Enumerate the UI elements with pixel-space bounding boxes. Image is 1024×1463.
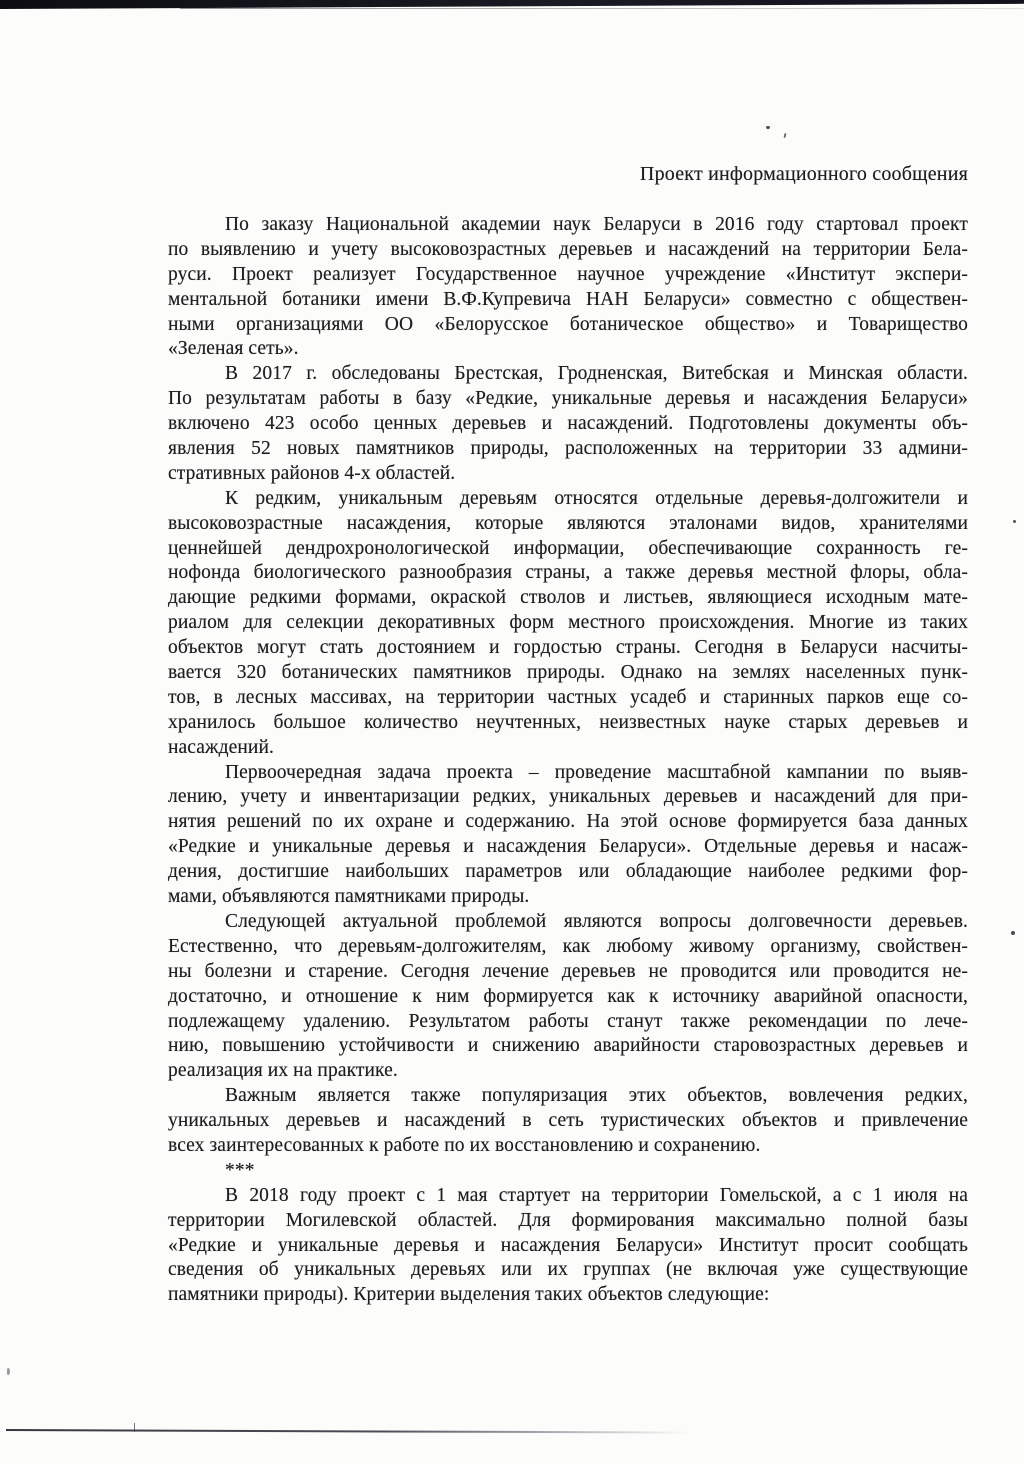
text-line: вается 320 ботанических памятников приро… xyxy=(168,661,968,686)
paragraph-tree-longevity-problem: Следующей актуальной проблемой являются … xyxy=(168,910,968,1084)
toner-speck xyxy=(783,133,786,138)
text-line: ментальной ботаники имени В.Ф.Купревича … xyxy=(168,288,968,313)
text-line: включено 423 особо ценных деревьев и нас… xyxy=(168,412,968,437)
toner-speck xyxy=(766,126,770,129)
text-line: *** xyxy=(168,1159,968,1184)
text-line: всех заинтересованных к работе по их вос… xyxy=(168,1134,968,1159)
paragraph-plans-2018: В 2018 году проект с 1 мая стартует на т… xyxy=(168,1184,968,1308)
text-line: мами, объявляются памятниками природы. xyxy=(168,885,968,910)
text-line: Важным является также популяризация этих… xyxy=(168,1084,968,1109)
text-line: «Редкие и уникальные деревья и насаждени… xyxy=(168,835,968,860)
text-line: «Зеленая сеть». xyxy=(168,337,968,362)
text-line: ны болезни и старение. Сегодня лечение д… xyxy=(168,960,968,985)
text-line: уникальных деревьев и насаждений в сеть … xyxy=(168,1109,968,1134)
paragraph-rare-trees-definition: К редким, уникальным деревьям относятся … xyxy=(168,487,968,761)
text-line: объектов могут стать достоянием и гордос… xyxy=(168,636,968,661)
scanned-document-page: Проект информационного сообщения По зака… xyxy=(0,0,1024,1463)
text-line: нию, повышению устойчивости и снижению а… xyxy=(168,1034,968,1059)
text-line: явления 52 новых памятников природы, рас… xyxy=(168,437,968,462)
paragraph-survey-results-2017: В 2017 г. обследованы Брестская, Гроднен… xyxy=(168,362,968,486)
paragraph-intro-project-2016: По заказу Национальной академии наук Бел… xyxy=(168,213,968,362)
text-line: нятия решений по их охране и содержанию.… xyxy=(168,810,968,835)
paragraph-section-separator: *** xyxy=(168,1159,968,1184)
text-line: «Редкие и уникальные деревья и насаждени… xyxy=(168,1234,968,1259)
text-line: стративных районов 4-х областей. xyxy=(168,462,968,487)
text-line: подлежащему удалению. Результатом работы… xyxy=(168,1010,968,1035)
text-line: памятники природы). Критерии выделения т… xyxy=(168,1283,968,1308)
text-line: достаточно, и отношение к ним формируетс… xyxy=(168,985,968,1010)
text-line: реализация их на практике. xyxy=(168,1059,968,1084)
toner-speck xyxy=(1013,520,1016,523)
text-line: тов, в лесных массивах, на территории ча… xyxy=(168,686,968,711)
text-line: сведения об уникальных деревьях или их г… xyxy=(168,1258,968,1283)
text-line: нофонда биологического разнообразия стра… xyxy=(168,561,968,586)
document-title: Проект информационного сообщения xyxy=(168,161,968,187)
scan-edge-tick xyxy=(134,1423,135,1432)
text-line: По результатам работы в базу «Редкие, ун… xyxy=(168,387,968,412)
document-body: По заказу Национальной академии наук Бел… xyxy=(168,213,968,1308)
text-line: высоковозрастные насаждения, которые явл… xyxy=(168,512,968,537)
scan-edge-hairline xyxy=(180,8,1024,9)
text-line: руси. Проект реализует Государственное н… xyxy=(168,263,968,288)
toner-speck xyxy=(1011,931,1015,935)
toner-speck xyxy=(7,1368,10,1375)
text-line: хранилось большое количество неучтенных,… xyxy=(168,711,968,736)
text-line: дения, достигшие наибольших параметров и… xyxy=(168,860,968,885)
text-line: Первоочередная задача проекта – проведен… xyxy=(168,761,968,786)
paragraph-popularization: Важным является также популяризация этих… xyxy=(168,1084,968,1159)
text-line: В 2017 г. обследованы Брестская, Гроднен… xyxy=(168,362,968,387)
text-line: насаждений. xyxy=(168,736,968,761)
text-line: дающие редкими формами, окраской стволов… xyxy=(168,586,968,611)
document-content: Проект информационного сообщения По зака… xyxy=(168,161,968,1308)
scan-edge-artifact-bottom xyxy=(6,1429,690,1434)
text-line: ценнейшей дендрохронологической информац… xyxy=(168,537,968,562)
paragraph-project-primary-task: Первоочередная задача проекта – проведен… xyxy=(168,761,968,910)
text-line: Следующей актуальной проблемой являются … xyxy=(168,910,968,935)
text-line: К редким, уникальным деревьям относятся … xyxy=(168,487,968,512)
text-line: Естественно, что деревьям-долгожителям, … xyxy=(168,935,968,960)
text-line: по выявлению и учету высоковозрастных де… xyxy=(168,238,968,263)
text-line: риалом для селекции декоративных форм ме… xyxy=(168,611,968,636)
text-line: территории Могилевской областей. Для фор… xyxy=(168,1209,968,1234)
text-line: лению, учету и инвентаризации редких, ун… xyxy=(168,785,968,810)
text-line: ными организациями ОО «Белорусское ботан… xyxy=(168,313,968,338)
text-line: В 2018 году проект с 1 мая стартует на т… xyxy=(168,1184,968,1209)
text-line: По заказу Национальной академии наук Бел… xyxy=(168,213,968,238)
